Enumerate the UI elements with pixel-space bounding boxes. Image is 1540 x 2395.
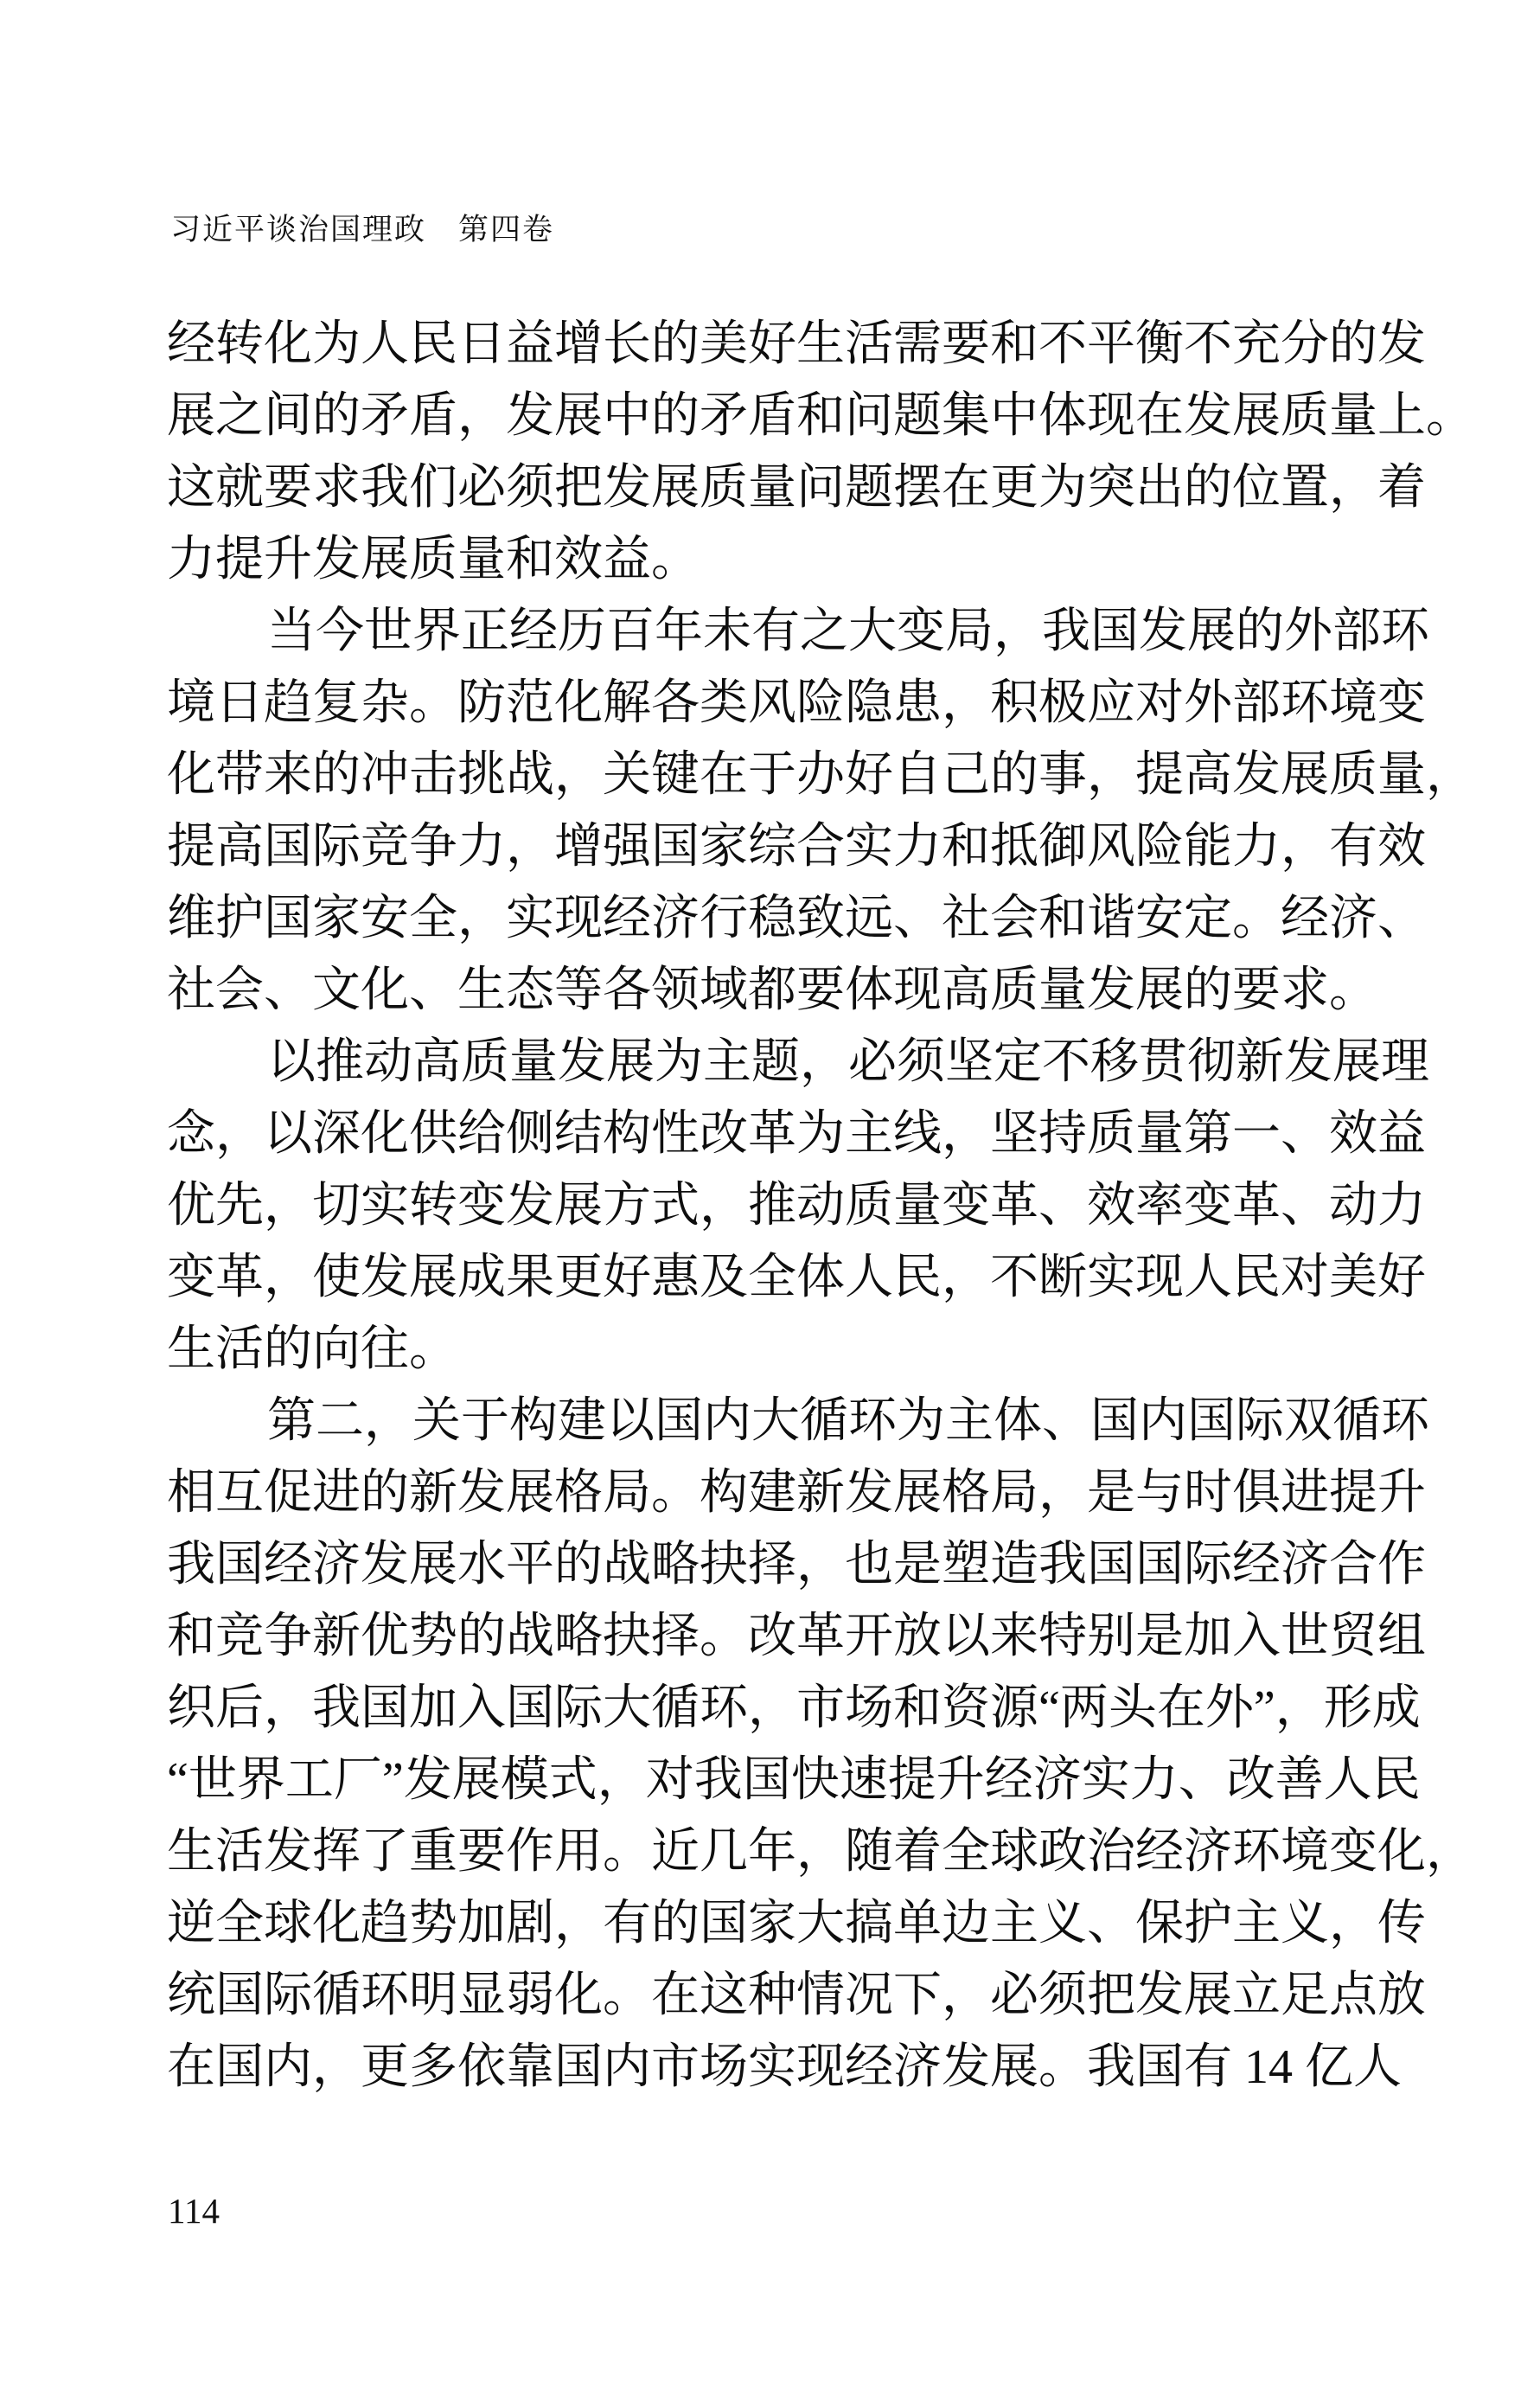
text-line: 境日趋复杂。防范化解各类风险隐患，积极应对外部环境变 — [167, 668, 1371, 740]
paragraph: 第二，关于构建以国内大循环为主体、国内国际双循环 相互促进的新发展格局。构建新发… — [167, 1386, 1371, 2104]
text-line: 提高国际竞争力，增强国家综合实力和抵御风险能力，有效 — [167, 811, 1371, 883]
running-header: 习近平谈治国理政 第四卷 — [170, 206, 554, 249]
book-page: 习近平谈治国理政 第四卷 经转化为人民日益增长的美好生活需要和不平衡不充分的发 … — [0, 0, 1540, 2395]
paragraph: 当今世界正经历百年未有之大变局，我国发展的外部环 境日趋复杂。防范化解各类风险隐… — [167, 596, 1371, 1027]
text-line: 生活的向往。 — [167, 1314, 1371, 1386]
text-line: 在国内，更多依靠国内市场实现经济发展。我国有 14 亿人 — [167, 2032, 1371, 2104]
text-line: 化带来的冲击挑战，关键在于办好自己的事，提高发展质量， — [167, 740, 1371, 811]
text-line: 这就要求我们必须把发展质量问题摆在更为突出的位置，着 — [167, 452, 1371, 524]
text-line: 维护国家安全，实现经济行稳致远、社会和谐安定。经济、 — [167, 883, 1371, 955]
text-line: 经转化为人民日益增长的美好生活需要和不平衡不充分的发 — [167, 309, 1371, 381]
text-line: 社会、文化、生态等各领域都要体现高质量发展的要求。 — [167, 955, 1371, 1027]
text-line: 展之间的矛盾，发展中的矛盾和问题集中体现在发展质量上。 — [167, 381, 1371, 452]
text-line: 以推动高质量发展为主题，必须坚定不移贯彻新发展理 — [167, 1027, 1371, 1098]
text-line: 变革，使发展成果更好惠及全体人民，不断实现人民对美好 — [167, 1242, 1371, 1314]
text-line: “世界工厂”发展模式，对我国快速提升经济实力、改善人民 — [167, 1745, 1371, 1816]
text-line: 织后，我国加入国际大循环，市场和资源“两头在外”，形成 — [167, 1673, 1371, 1745]
text-line: 优先，切实转变发展方式，推动质量变革、效率变革、动力 — [167, 1170, 1371, 1242]
text-line: 相互促进的新发展格局。构建新发展格局，是与时俱进提升 — [167, 1457, 1371, 1529]
text-line: 我国经济发展水平的战略抉择，也是塑造我国国际经济合作 — [167, 1529, 1371, 1601]
text-line: 统国际循环明显弱化。在这种情况下，必须把发展立足点放 — [167, 1960, 1371, 2032]
text-line: 力提升发展质量和效益。 — [167, 524, 1371, 596]
text-line: 和竞争新优势的战略抉择。改革开放以来特别是加入世贸组 — [167, 1601, 1371, 1673]
paragraph: 以推动高质量发展为主题，必须坚定不移贯彻新发展理 念，以深化供给侧结构性改革为主… — [167, 1027, 1371, 1386]
text-line: 逆全球化趋势加剧，有的国家大搞单边主义、保护主义，传 — [167, 1888, 1371, 1960]
text-line: 生活发挥了重要作用。近几年，随着全球政治经济环境变化， — [167, 1816, 1371, 1888]
page-number: 114 — [168, 2190, 220, 2232]
text-line: 念，以深化供给侧结构性改革为主线，坚持质量第一、效益 — [167, 1098, 1371, 1170]
text-line: 第二，关于构建以国内大循环为主体、国内国际双循环 — [167, 1386, 1371, 1457]
text-line: 当今世界正经历百年未有之大变局，我国发展的外部环 — [167, 596, 1371, 668]
body-text: 经转化为人民日益增长的美好生活需要和不平衡不充分的发 展之间的矛盾，发展中的矛盾… — [167, 309, 1371, 2104]
paragraph: 经转化为人民日益增长的美好生活需要和不平衡不充分的发 展之间的矛盾，发展中的矛盾… — [167, 309, 1371, 596]
